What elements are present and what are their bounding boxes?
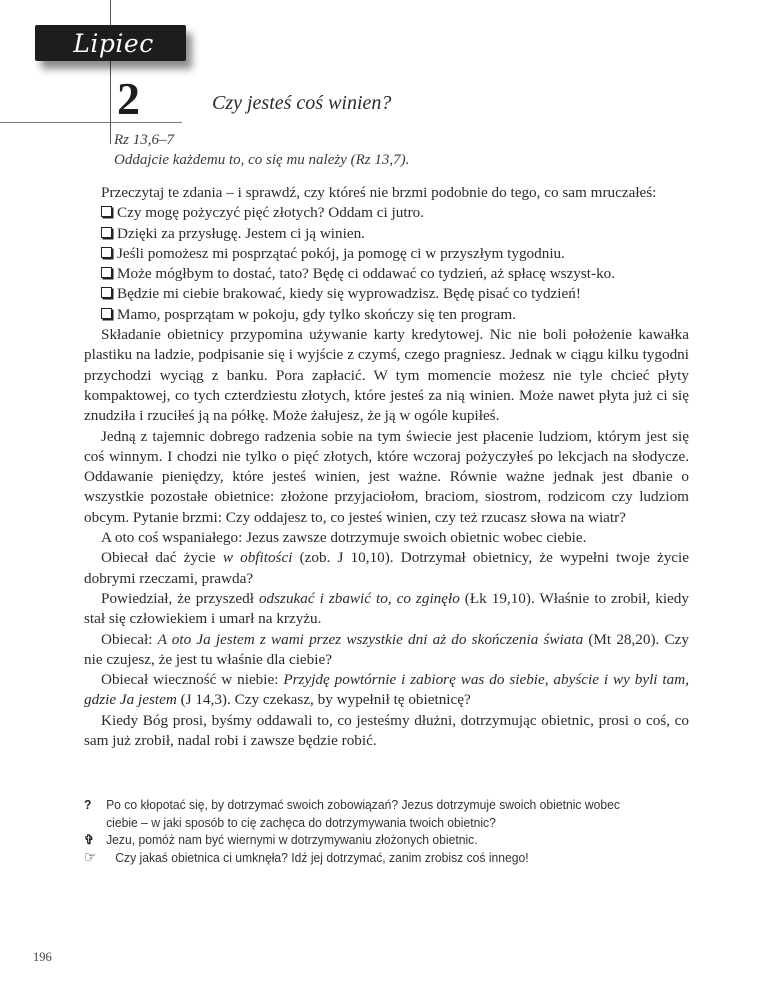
cross-icon: ✞ bbox=[84, 831, 106, 849]
day-number: 2 bbox=[117, 72, 140, 125]
page-title: Czy jesteś coś winien? bbox=[212, 92, 391, 115]
page-number: 196 bbox=[33, 950, 52, 965]
quote: odszukać i zbawić to, co zginęło bbox=[259, 590, 460, 607]
checklist-item: Mamo, posprzątam w pokoju, gdy tylko sko… bbox=[84, 305, 689, 325]
checkbox-icon bbox=[101, 227, 112, 238]
body-paragraph: Kiedy Bóg prosi, byśmy oddawali to, co j… bbox=[84, 711, 689, 752]
body-paragraph: A oto coś wspaniałego: Jezus zawsze dotr… bbox=[84, 528, 689, 548]
reflection-section: ? Po co kłopotać się, by dotrzymać swoic… bbox=[84, 796, 645, 866]
body-paragraph: Powiedział, że przyszedł odszukać i zbaw… bbox=[84, 589, 689, 630]
month-label: Lipiec bbox=[35, 25, 186, 61]
body-paragraph: Obiecał: A oto Ja jestem z wami przez ws… bbox=[84, 630, 689, 671]
devotional-body: Przeczytaj te zdania – i sprawdź, czy kt… bbox=[84, 183, 689, 751]
quote: w obfitości bbox=[223, 549, 293, 566]
checkbox-icon bbox=[101, 287, 112, 298]
body-paragraph: Obiecał dać życie w obfitości (zob. J 10… bbox=[84, 548, 689, 589]
question-mark-icon: ? bbox=[84, 796, 106, 831]
key-verse: Oddajcie każdemu to, co się mu należy (R… bbox=[114, 150, 409, 170]
checklist-item: Będzie mi ciebie brakować, kiedy się wyp… bbox=[84, 284, 689, 304]
checklist-item: Czy mogę pożyczyć pięć złotych? Oddam ci… bbox=[84, 203, 689, 223]
body-paragraph: Obiecał wieczność w niebie: Przyjdę powt… bbox=[84, 670, 689, 711]
reflection-question: ? Po co kłopotać się, by dotrzymać swoic… bbox=[84, 796, 645, 831]
intro-paragraph: Przeczytaj te zdania – i sprawdź, czy kt… bbox=[84, 183, 689, 203]
checklist: Czy mogę pożyczyć pięć złotych? Oddam ci… bbox=[84, 203, 689, 325]
checklist-item: Dzięki za przysługę. Jestem ci ją winien… bbox=[84, 224, 689, 244]
checkbox-icon bbox=[101, 206, 112, 217]
checkbox-icon bbox=[101, 267, 112, 278]
header-horizontal-rule bbox=[0, 122, 182, 123]
body-paragraph: Jedną z tajemnic dobrego radzenia sobie … bbox=[84, 427, 689, 528]
scripture-reference: Rz 13,6–7 bbox=[114, 130, 409, 150]
month-text: Lipiec bbox=[73, 29, 153, 58]
pointing-hand-icon: ☞ bbox=[84, 849, 115, 867]
reflection-prayer: ✞ Jezu, pomóż nam być wiernymi w dotrzym… bbox=[84, 831, 645, 849]
checklist-item: Może mógłbym to dostać, tato? Będę ci od… bbox=[84, 264, 689, 284]
checkbox-icon bbox=[101, 308, 112, 319]
quote: A oto Ja jestem z wami przez wszystkie d… bbox=[158, 631, 584, 648]
checklist-item: Jeśli pomożesz mi posprzątać pokój, ja p… bbox=[84, 244, 689, 264]
checkbox-icon bbox=[101, 247, 112, 258]
reflection-action: ☞ Czy jakaś obietnica ci umknęła? Idź je… bbox=[84, 849, 645, 867]
body-paragraph: Składanie obietnicy przypomina używanie … bbox=[84, 325, 689, 426]
scripture-block: Rz 13,6–7 Oddajcie każdemu to, co się mu… bbox=[114, 130, 409, 170]
